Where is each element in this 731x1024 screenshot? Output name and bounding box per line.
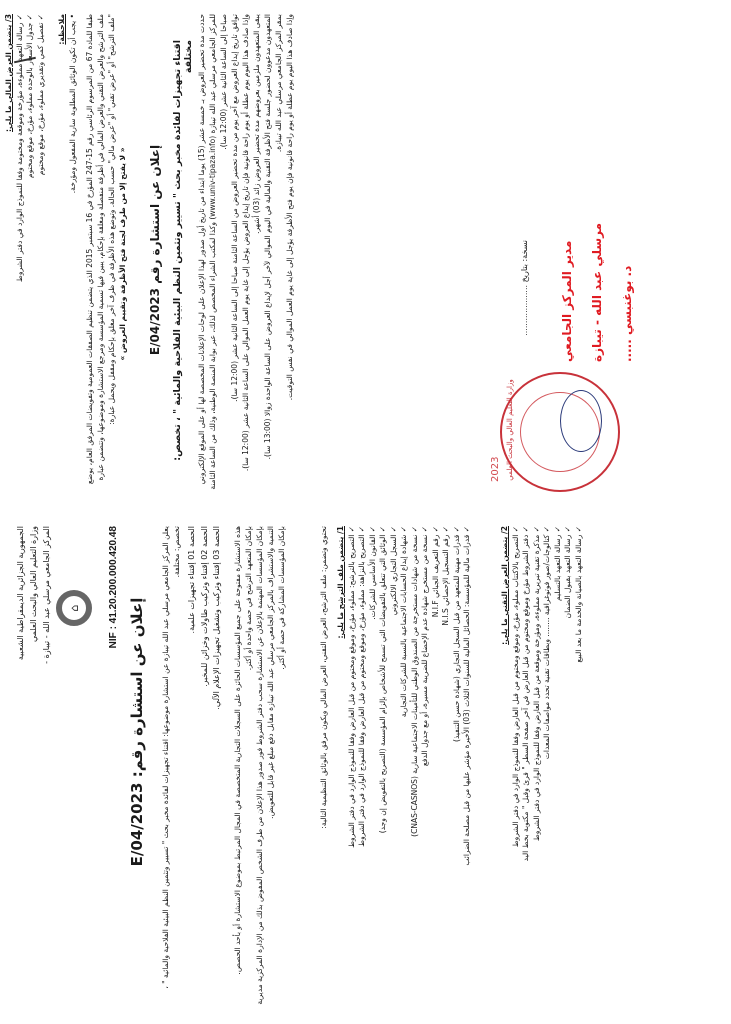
lot-item: الحصة 03 إقتناء وتركيب وتشغيل تجهيزات ال… [211, 526, 224, 826]
envelope-note: تحتوي وتضمن: ملف الترشح، العرض التقني، ا… [318, 526, 329, 1006]
check-item: كتالوجات/صور فوتوغرافية ........ وبطاقات… [542, 526, 553, 1006]
university-logo-icon: ⌂ [56, 590, 92, 626]
check-item: رقم التعريف الجبائي N.I.F [431, 526, 442, 1006]
check-item: الوثائق التي تتعلق بالتفويضات التي تسمح … [378, 526, 389, 1006]
stamp-text: وزارة التعليم العالي والبحث العلمي [506, 376, 514, 484]
signature-line-3: د. بوغنبسي ..... [620, 266, 634, 362]
article-67-paragraph: طبقا للمادة 67 من المرسوم الرئاسي رقم 15… [84, 14, 128, 494]
page-2: 3/ يتضمن العرض المالي ما يلي: رسالة التع… [0, 0, 731, 512]
body-text: توافق تاريخ إيداع العروض مع آخر يوم من م… [229, 14, 240, 494]
stamp-date: 2023 [490, 457, 501, 482]
center-name: المركز الجامعي مرسلي عبد الله - تيبازة - [40, 526, 53, 746]
consultation-title-2: إعلان عن استشارة رقم 2023/E/04 [148, 90, 162, 410]
check-item: التصريح بالنزاهة: مملوء، مؤرخ، وموقع ومخ… [357, 526, 368, 1006]
check-item: السجل التجاري الالكتروني [389, 526, 400, 1006]
letterhead: الجمهورية الجزائرية الديمقراطية الشعبية … [14, 526, 53, 746]
lot-item: الحصة 02 إقتناء وتركيب طاولات وخزائن للم… [199, 526, 212, 826]
body-text: بمقر المركز الجامعي مرسلي عبد الله تيباز… [273, 14, 284, 494]
body-text: هذه الاستشارة مفتوحة على جميع المؤسسات ا… [232, 526, 243, 1006]
envelope-note-text: تحتوي وتضمن: ملف الترشح، العرض التقني، ا… [318, 526, 329, 1006]
check-item: رسالة التعهد بالصيانة والخدمة ما بعد الب… [574, 526, 585, 1006]
body-text: بإمكان المؤسسات المهتمة بالإعلان عن الاس… [254, 526, 276, 1006]
check-item: قدرات مهنية للمتعهد من قبل السجل التجاري… [452, 526, 463, 1006]
page-1: الجمهورية الجزائرية الديمقراطية الشعبية … [0, 512, 731, 1024]
republic-name: الجمهورية الجزائرية الديمقراطية الشعبية [14, 526, 27, 746]
nif-number: NIF : 41.20.200.000.420.48 [108, 526, 119, 648]
body-text: المتعهدون مدعوون لحضور جلسة فتح الأظرفة … [262, 14, 273, 494]
notice-heading: ملاحظة: [56, 14, 67, 494]
section-heading: 3/ يتضمن العرض المالي ما يلي: [4, 14, 15, 494]
official-stamp: وزارة التعليم العالي والبحث العلمي [500, 372, 620, 492]
signature-line-1: مدير المركز الجامعي [560, 241, 574, 362]
consultation-subject: اقتناء تجهيزات لفائدة مخبر بحث " تسيير و… [172, 40, 194, 480]
scanned-document-sheet: الجمهورية الجزائرية الديمقراطية الشعبية … [0, 0, 731, 1024]
check-item: دفتر الشروط مؤرخ وموقع ومختوم من قبل الع… [521, 526, 532, 1006]
section-heading: 2/ يتضمن العرض التقني ما يلي: [500, 526, 511, 1006]
body-text: بإمكان المؤسسات المشاركة في حصة أو أكثر. [276, 526, 287, 1006]
body-text: وإذا صادف هذا اليوم يوم عطلة أو يوم راحة… [284, 14, 295, 494]
check-item: التصريح بالاكتتاب مملوء، مؤرخ، وموقع ومخ… [511, 526, 522, 1006]
check-item: مذكرة تقنية تبريرية مملوءة، ومؤرخة وموقع… [532, 526, 543, 1006]
check-item: نسخة من مستخرج شهادة عدم الإخضاع للضريبة… [420, 526, 431, 1006]
body-text: وإذا صادف هذا اليوم يوم عطلة أو يوم راحة… [240, 14, 251, 494]
check-item: رسالة التعهد بقبول الضمان [563, 526, 574, 1006]
check-item: رقم التسجيل الإحصائي N.I.S [441, 526, 452, 1006]
lot-item: الحصة 01 إقتناء تجهيزات علمية. [186, 526, 199, 826]
check-item: جدول الأسعار بالوحدة مملوء، مؤرخ، موقع و… [25, 14, 36, 494]
intro-paragraph: يعلن المركز الجامعي مرسلي عبد الله تيباز… [160, 526, 182, 1006]
check-item: نسخة من شهادات مستخرجة من الصندوق الوطني… [410, 526, 421, 1006]
check-item: التصريح بالترشح: مملوء، مؤرخ، وموقع ومخت… [347, 526, 358, 1006]
lots-list: الحصة 01 إقتناء تجهيزات علمية. الحصة 02 … [186, 526, 224, 826]
copy-to-line: نسخة: بتاريخ .................... [520, 240, 529, 336]
deadline-text: حددت مدة تحضير العروض بـ خمسة عشر (15) ي… [196, 14, 229, 494]
notice-bullet: • يجب أن تكون الوثائق المطلوبة سارية الم… [67, 14, 78, 494]
notice-block: ملاحظة: • يجب أن تكون الوثائق المطلوبة س… [56, 14, 78, 494]
section-technical-offer: 2/ يتضمن العرض التقني ما يلي: التصريح با… [500, 526, 584, 1006]
body-text: بإمكان المتعهد الترشح في حصة واحدة أو أك… [243, 526, 254, 1006]
intro-text: يعلن المركز الجامعي مرسلي عبد الله تيباز… [160, 526, 182, 1006]
check-item: رسالة التعهد مملوءة، مؤرخة وموقعة ومختوم… [15, 14, 26, 494]
check-item: رسالة التعهد بالتسليم [553, 526, 564, 1006]
envelope-label: « لا يفتح إلا من طرف لجنة فتح الأظرفة وت… [117, 14, 128, 494]
ministry-name: وزارة التعليم العالي والبحث العلمي [27, 526, 40, 746]
article-text: طبقا للمادة 67 من المرسوم الرئاسي رقم 15… [84, 14, 117, 494]
section-heading: 1/ يتضمن ملف الترشح ما يلي: [336, 526, 347, 1006]
consultation-title: إعلان عن استشارة رقم: 2023/E/04 [128, 552, 146, 912]
conditions-paragraph: هذه الاستشارة مفتوحة على جميع المؤسسات ا… [232, 526, 287, 1006]
body-text: يبقى المتعهدون ملزمين بعروضهم مدة تحضير … [251, 14, 262, 494]
section-financial-offer: 3/ يتضمن العرض المالي ما يلي: رسالة التع… [4, 14, 46, 494]
deadline-paragraph: حددت مدة تحضير العروض بـ خمسة عشر (15) ي… [196, 14, 295, 494]
signature-line-2: مرسلي عبد الله - تيبازة [590, 223, 604, 362]
check-item: شهادة إيداع الحسابات الاجتماعية بالنسبة … [399, 526, 410, 1006]
check-item: تفصيل كمي وتقديري مملوء، مؤرخ، موقع ومخت… [36, 14, 47, 494]
signature-scribble-icon [560, 390, 602, 452]
check-item: القانون الأساسي للشركات. [368, 526, 379, 1006]
section-candidacy-file: 1/ يتضمن ملف الترشح ما يلي: التصريح بالت… [336, 526, 473, 1006]
check-item: قدرات مالية للمؤسسة: الحصائل المالية للس… [462, 526, 473, 1006]
